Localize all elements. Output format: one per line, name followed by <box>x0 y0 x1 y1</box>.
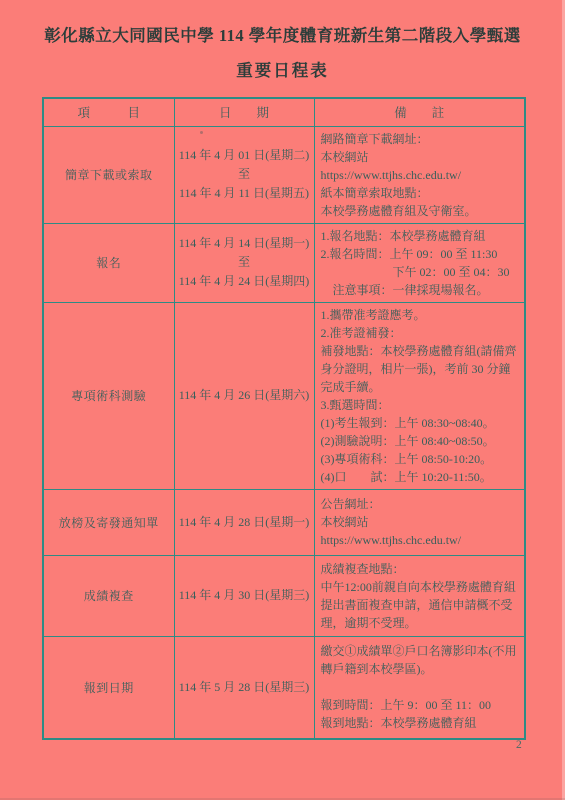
item-cell: 簡章下載或索取 <box>43 126 174 223</box>
remark-line: 本校學務處體育組及守衛室。 <box>321 202 522 220</box>
remark-cell: 繳交①成績單②戶口名簿影印本(不用 轉戶籍到本校學區)。 報到時間：上午 9：0… <box>314 636 525 739</box>
remark-cell: 1.報名地點：本校學務處體育組 2.報名時間：上午 09：00 至 11:30 … <box>314 223 525 302</box>
item-cell: 專項術科測驗 <box>43 302 174 489</box>
date-line: 114 年 4 月 11 日(星期五) <box>175 184 314 203</box>
table-row-registration: 報名 114 年 4 月 14 日(星期一) 至 114 年 4 月 24 日(… <box>43 223 525 302</box>
remark-line: (4)口 試：上午 10:20-11:50。 <box>321 468 522 486</box>
remark-line: 3.甄選時間： <box>321 396 522 414</box>
date-cell: 114 年 4 月 30 日(星期三) <box>174 555 314 636</box>
table-row-score-review: 成績複查 114 年 4 月 30 日(星期三) 成績複查地點： 中午12:00… <box>43 555 525 636</box>
date-line: 至 <box>175 165 314 184</box>
remark-line: (3)專項術科：上午 08:50-10:20。 <box>321 450 522 468</box>
date-cell: 114 年 4 月 26 日(星期六) <box>174 302 314 489</box>
table-row-skill-test: 專項術科測驗 114 年 4 月 26 日(星期六) 1.攜帶准考證應考。 2.… <box>43 302 525 489</box>
title-line-1: 彰化縣立大同國民中學 114 學年度體育班新生第二階段入學甄選 <box>0 26 565 46</box>
item-cell: 放榜及寄發通知單 <box>43 489 174 555</box>
url-text: https://www.ttjhs.chc.edu.tw/ <box>321 531 522 549</box>
column-header-item: 項 目 <box>43 98 174 126</box>
column-header-date: 日 期 <box>174 98 314 126</box>
table-row-results-announcement: 放榜及寄發通知單 114 年 4 月 28 日(星期一) 公告網址： 本校網站 … <box>43 489 525 555</box>
schedule-table: 項 目 日 期 備 註 簡章下載或索取 114 年 4 月 01 日(星期二) … <box>42 97 526 740</box>
header-row: 項 目 日 期 備 註 <box>43 98 525 126</box>
item-cell: 報名 <box>43 223 174 302</box>
remark-line <box>321 678 522 696</box>
remark-line: 成績複查地點： <box>321 560 522 578</box>
remark-line: 本校網站 <box>321 148 522 166</box>
date-line: 114 年 4 月 14 日(星期一) <box>175 234 314 253</box>
remark-line: 身分證明，相片一張)，考前 30 分鐘 <box>321 360 522 378</box>
table-row-guide-download: 簡章下載或索取 114 年 4 月 01 日(星期二) 至 114 年 4 月 … <box>43 126 525 223</box>
remark-line: 1.報名地點：本校學務處體育組 <box>321 227 522 245</box>
remark-cell: 公告網址： 本校網站 https://www.ttjhs.chc.edu.tw/ <box>314 489 525 555</box>
remark-line: 公告網址： <box>321 495 522 513</box>
remark-line: (2)測驗說明：上午 08:40~08:50。 <box>321 432 522 450</box>
document-title: 彰化縣立大同國民中學 114 學年度體育班新生第二階段入學甄選 重要日程表 <box>0 26 565 81</box>
scan-speck <box>200 131 203 134</box>
remark-line: 注意事項：一律採現場報名。 <box>321 281 522 299</box>
remark-line: 2.准考證補發： <box>321 324 522 342</box>
remark-line: 提出書面複查申請，通信申請概不受 <box>321 596 522 614</box>
remark-line: 下午 02：00 至 04：30 <box>321 263 522 281</box>
date-line: 114 年 4 月 30 日(星期三) <box>175 586 314 605</box>
page-number: 2 <box>516 739 522 751</box>
remark-line: 本校網站 <box>321 513 522 531</box>
date-cell: 114 年 4 月 28 日(星期一) <box>174 489 314 555</box>
remark-line: 紙本簡章索取地點： <box>321 184 522 202</box>
remark-line: 1.攜帶准考證應考。 <box>321 306 522 324</box>
remark-line: 2.報名時間：上午 09：00 至 11:30 <box>321 245 522 263</box>
date-line: 至 <box>175 253 314 272</box>
date-line: 114 年 5 月 28 日(星期三) <box>175 678 314 697</box>
date-line: 114 年 4 月 24 日(星期四) <box>175 272 314 291</box>
item-cell: 報到日期 <box>43 636 174 739</box>
date-cell: 114 年 5 月 28 日(星期三) <box>174 636 314 739</box>
date-line: 114 年 4 月 28 日(星期一) <box>175 513 314 532</box>
url-text: https://www.ttjhs.chc.edu.tw/ <box>321 166 522 184</box>
column-header-remark: 備 註 <box>314 98 525 126</box>
remark-cell: 成績複查地點： 中午12:00前親自向本校學務處體育組 提出書面複查申請，通信申… <box>314 555 525 636</box>
item-cell: 成績複查 <box>43 555 174 636</box>
remark-line: 完成手續。 <box>321 378 522 396</box>
scanned-document-page: 彰化縣立大同國民中學 114 學年度體育班新生第二階段入學甄選 重要日程表 項 … <box>0 0 565 800</box>
remark-line: 理，逾期不受理。 <box>321 614 522 632</box>
remark-line: 報到時間：上午 9：00 至 11：00 <box>321 696 522 714</box>
remark-line: 轉戶籍到本校學區)。 <box>321 660 522 678</box>
remark-line: 中午12:00前親自向本校學務處體育組 <box>321 578 522 596</box>
remark-cell: 1.攜帶准考證應考。 2.准考證補發： 補發地點：本校學務處體育組(請備齊 身分… <box>314 302 525 489</box>
date-line: 114 年 4 月 01 日(星期二) <box>175 146 314 165</box>
remark-line: (1)考生報到：上午 08:30~08:40。 <box>321 414 522 432</box>
remark-line: 繳交①成績單②戶口名簿影印本(不用 <box>321 642 522 660</box>
remark-line: 網路簡章下載網址： <box>321 130 522 148</box>
date-cell: 114 年 4 月 14 日(星期一) 至 114 年 4 月 24 日(星期四… <box>174 223 314 302</box>
table-row-check-in: 報到日期 114 年 5 月 28 日(星期三) 繳交①成績單②戶口名簿影印本(… <box>43 636 525 739</box>
date-line: 114 年 4 月 26 日(星期六) <box>175 386 314 405</box>
remark-line: 補發地點：本校學務處體育組(請備齊 <box>321 342 522 360</box>
date-cell: 114 年 4 月 01 日(星期二) 至 114 年 4 月 11 日(星期五… <box>174 126 314 223</box>
remark-line: 報到地點：本校學務處體育組 <box>321 714 522 732</box>
title-line-2: 重要日程表 <box>0 61 565 81</box>
remark-cell: 網路簡章下載網址： 本校網站 https://www.ttjhs.chc.edu… <box>314 126 525 223</box>
